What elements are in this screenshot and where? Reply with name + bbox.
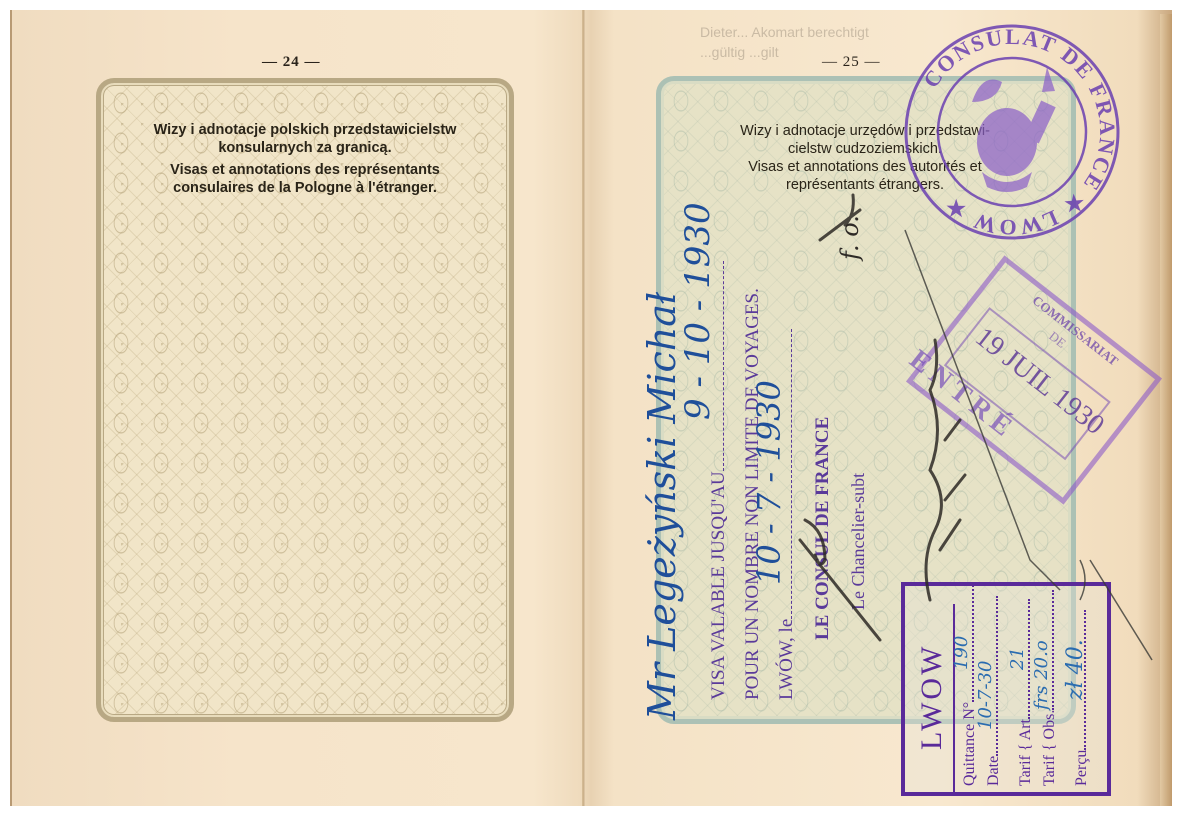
left-page-heading: Wizy i adnotacje polskich przedstawiciel… [101,121,509,197]
booklet-spine [582,10,585,806]
heading-pl-line1: Wizy i adnotacje polskich przedstawiciel… [101,121,509,139]
heading-pl-line2: konsularnych za granicą. [101,139,509,157]
page-number-right: — 25 — [822,54,881,71]
heading-fr-line2: consulaires de la Pologne à l'étranger. [101,179,509,197]
page-edge [1160,14,1172,806]
guilloche-frame-left: Wizy i adnotacje polskich przedstawiciel… [96,78,514,722]
visa-issued-date: 10 - 7 - 1930 [750,380,788,585]
visa-valid-until-value: 9 - 10 - 1930 [678,202,718,420]
quittance-fee-stamp: LWOW Quittance N° Date Tarif { Art Tarif… [901,582,1111,796]
french-republic-emblem-icon [972,67,1056,192]
page-number-left: — 24 — [262,54,321,71]
chancelier-title: Le Chancelier-subt [848,473,869,610]
heading-fr-line1: Visas et annotations des représentants [101,161,509,179]
consulate-round-stamp: CONSULAT DE FRANCE ★ LWOW ★ [902,22,1122,242]
consul-title: LE CONSUL DE FRANCE [812,417,834,640]
quittance-city: LWOW [915,644,949,750]
